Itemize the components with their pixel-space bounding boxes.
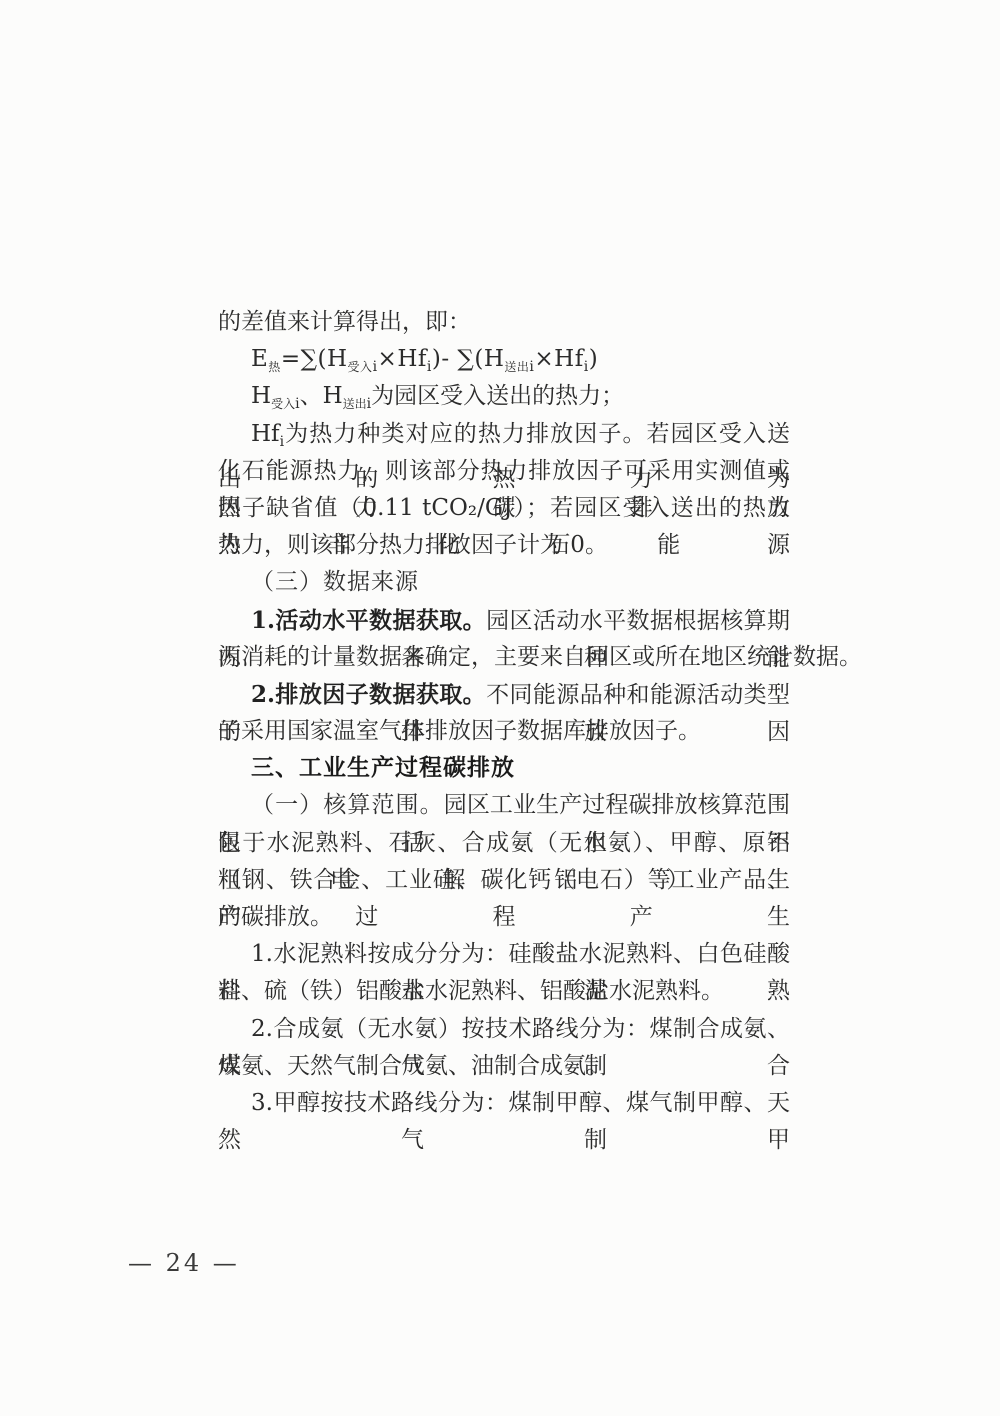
- subscript-received: 受入: [271, 397, 295, 411]
- paragraph-accounting-scope: （一）核算范围。园区工业生产过程碳排放核算范围包括但不: [218, 787, 790, 824]
- formula-symbol-E: E: [251, 346, 268, 372]
- list-item-emission-factor: 2.排放因子数据获取。不同能源品种和能源活动类型的排放因: [218, 676, 790, 713]
- list-item-cement-clinker: 1.水泥熟料按成分分为：硅酸盐水泥熟料、白色硅酸盐水泥熟: [218, 936, 790, 973]
- paragraph-lead: （一）核算范围。: [251, 792, 444, 818]
- body-line: 源消耗的计量数据来确定，主要来自园区或所在地区统计数据。: [218, 639, 790, 676]
- formula-segment: ): [589, 346, 598, 372]
- list-item-lead: 1.活动水平数据获取。: [251, 607, 486, 634]
- body-line: 粗钢、铁合金、工业硅、碳化钙（电石）等工业产品生产过程产生: [218, 862, 790, 899]
- formula-segment: =∑(H: [281, 346, 348, 372]
- body-line: 因子缺省值（0.11 tCO₂/GJ）；若园区受入送出的热力为非化石能源: [218, 490, 790, 527]
- section-heading-data-source: （三）数据来源: [218, 564, 790, 601]
- subscript-sent: 送出: [343, 397, 367, 411]
- text-segment: 、H: [300, 383, 343, 409]
- page-number: — 24 —: [128, 1249, 240, 1277]
- text-segment: Hf: [251, 421, 280, 447]
- body-line: 料、硫（铁）铝酸盐水泥熟料、铝酸盐水泥熟料。: [218, 973, 790, 1010]
- variable-definition-line-Hf: Hfi为热力种类对应的热力排放因子。若园区受入送出的热力为: [218, 416, 790, 453]
- body-line: 限于水泥熟料、石灰、合成氨（无水氨）、甲醇、原铝（电解铝）、: [218, 825, 790, 862]
- body-line: 化石能源热力，则该部分热力排放因子可采用实测值或热力碳排放: [218, 453, 790, 490]
- formula-line-heat-emissions: E热=∑(H受入i×Hfi)- ∑(H送出i×Hfi): [218, 341, 790, 378]
- formula-subscript-heat: 热: [268, 360, 281, 374]
- variable-definition-line-H: H受入i、H送出i为园区受入送出的热力；: [218, 378, 790, 415]
- list-item-lead: 2.排放因子数据获取。: [251, 681, 486, 708]
- list-item-synthetic-ammonia: 2.合成氨（无水氨）按技术路线分为：煤制合成氨、煤气制合: [218, 1011, 790, 1048]
- formula-subscript-received: 受入: [348, 360, 373, 374]
- list-item-methanol: 3.甲醇按技术路线分为：煤制甲醇、煤气制甲醇、天然气制甲: [218, 1085, 790, 1122]
- formula-segment: ×Hf: [534, 346, 583, 372]
- text-segment: 为园区受入送出的热力；: [371, 383, 624, 409]
- paragraph-continuation-line: 的差值来计算得出，即：: [218, 304, 790, 341]
- text-segment: H: [251, 383, 271, 409]
- formula-subscript-sent: 送出: [504, 360, 529, 374]
- chapter-heading-industrial-process-emissions: 三、工业生产过程碳排放: [218, 750, 790, 787]
- formula-segment: ×Hf: [378, 346, 427, 372]
- text-column: 的差值来计算得出，即： E热=∑(H受入i×Hfi)- ∑(H送出i×Hfi) …: [218, 304, 790, 1122]
- document-page: 的差值来计算得出，即： E热=∑(H受入i×Hfi)- ∑(H送出i×Hfi) …: [0, 0, 1000, 1416]
- list-item-activity-data: 1.活动水平数据获取。园区活动水平数据根据核算期内各种能: [218, 602, 790, 639]
- formula-segment: )- ∑(H: [432, 346, 505, 372]
